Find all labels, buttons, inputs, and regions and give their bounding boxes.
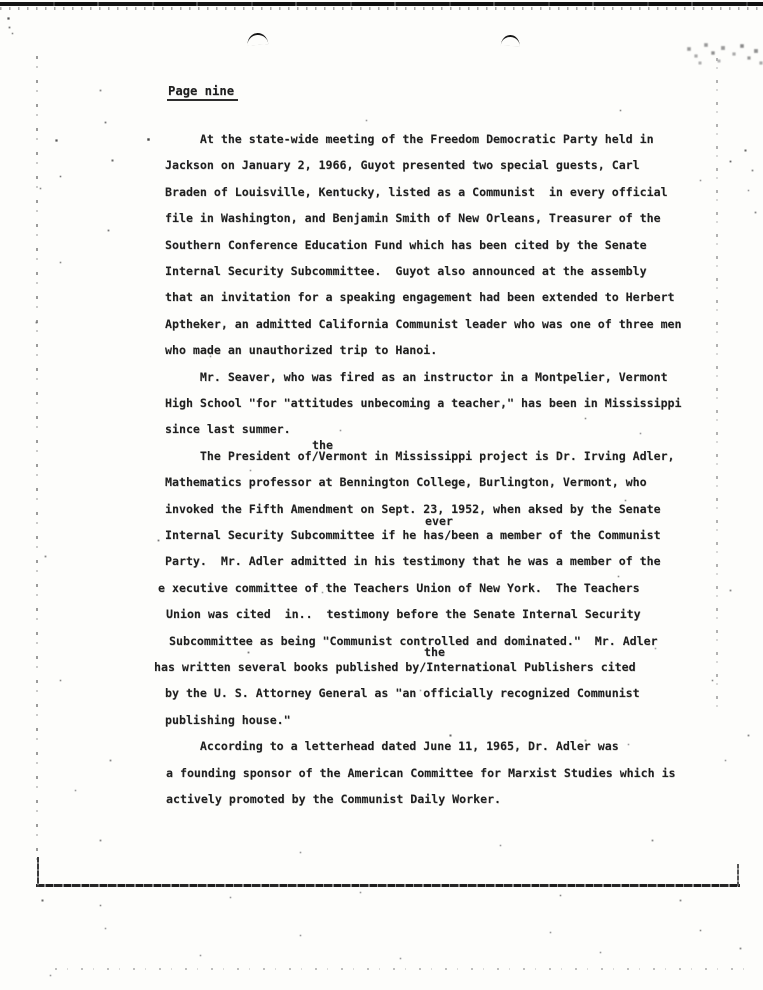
text-line: The President of/Vermont in Mississippi … bbox=[165, 449, 675, 464]
text-line: Party. Mr. Adler admitted in his testimo… bbox=[165, 554, 661, 569]
page-title: Page nine bbox=[167, 84, 238, 101]
text-line: file in Washington, and Benjamin Smith o… bbox=[165, 211, 661, 226]
text-line: the bbox=[424, 645, 445, 660]
text-line: e xecutive committee of the Teachers Uni… bbox=[158, 581, 640, 596]
text-line: High School "for "attitudes unbecoming a… bbox=[165, 396, 682, 411]
text-line: Aptheker, an admitted California Communi… bbox=[165, 317, 682, 332]
text-line: actively promoted by the Communist Daily… bbox=[166, 792, 501, 807]
scanned-page: Page nine At the state-wide meeting of t… bbox=[0, 0, 763, 990]
text-line: Internal Security Subcommittee. Guyot al… bbox=[165, 264, 647, 279]
text-line: ever bbox=[425, 514, 453, 529]
text-line: Mr. Seaver, who was fired as an instruct… bbox=[165, 370, 668, 385]
text-line: by the U. S. Attorney General as "an off… bbox=[165, 686, 640, 701]
punch-hole-arc-left bbox=[247, 32, 269, 45]
text-line: Southern Conference Education Fund which… bbox=[165, 238, 647, 253]
punch-hole-arc-right bbox=[501, 35, 521, 47]
text-line: Internal Security Subcommittee if he has… bbox=[165, 528, 661, 543]
scan-bottom-right-corner bbox=[737, 864, 739, 886]
text-line: publishing house." bbox=[165, 713, 291, 728]
scan-top-edge-ticks bbox=[0, 7, 763, 10]
scan-bottom-dot-row bbox=[55, 968, 747, 970]
scan-left-fold-line bbox=[36, 56, 38, 861]
text-line: According to a letterhead dated June 11,… bbox=[165, 739, 619, 754]
text-line: invoked the Fifth Amendment on Sept. 23,… bbox=[165, 502, 661, 517]
scan-smudge-top-right bbox=[0, 0, 2, 2]
scan-bottom-edge bbox=[36, 884, 740, 887]
text-line: Subcommittee as being "Communist control… bbox=[169, 634, 658, 649]
text-line: At the state-wide meeting of the Freedom… bbox=[165, 132, 654, 147]
text-line: Braden of Louisville, Kentucky, listed a… bbox=[165, 185, 668, 200]
text-line: Mathematics professor at Bennington Coll… bbox=[165, 475, 647, 490]
text-line: that an invitation for a speaking engage… bbox=[165, 290, 675, 305]
text-line: who made an unauthorized trip to Hanoi. bbox=[165, 343, 437, 358]
text-line: Union was cited in.. testimony before th… bbox=[166, 607, 641, 622]
text-line: Jackson on January 2, 1966, Guyot presen… bbox=[165, 158, 640, 173]
scan-top-edge bbox=[0, 2, 763, 6]
text-line: a founding sponsor of the American Commi… bbox=[166, 766, 676, 781]
scan-bottom-left-corner bbox=[37, 857, 39, 887]
text-line: has written several books published by/I… bbox=[154, 660, 636, 675]
scan-right-fold-line bbox=[716, 58, 718, 708]
text-line: since last summer. bbox=[165, 422, 291, 437]
